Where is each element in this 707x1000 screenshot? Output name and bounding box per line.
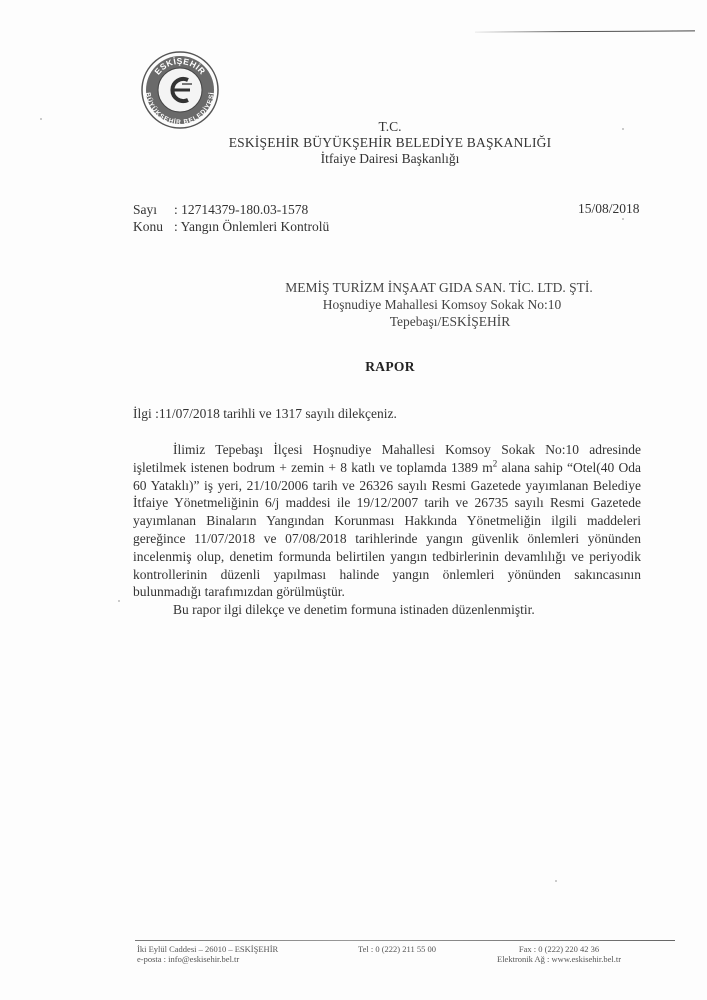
document-meta: Sayı : 12714379-180.03-1578 Konu : Yangı…: [133, 201, 329, 235]
municipality-seal-icon: ESKİŞEHİR BÜYÜKŞEHİR BELEDİYESİ: [140, 50, 220, 130]
recipient-company: MEMİŞ TURİZM İNŞAAT GIDA SAN. TİC. LTD. …: [200, 279, 600, 296]
recipient-address-line1: Hoşnudiye Mahallesi Komsoy Sokak No:10: [200, 296, 600, 313]
footer-fax: Fax : 0 (222) 220 42 36: [497, 944, 621, 954]
header-tc: T.C.: [220, 119, 560, 135]
footer-contact-block: Fax : 0 (222) 220 42 36 Elektronik Ağ : …: [497, 944, 621, 964]
recipient-block: MEMİŞ TURİZM İNŞAAT GIDA SAN. TİC. LTD. …: [200, 279, 600, 330]
top-scan-line: [475, 30, 695, 32]
sayi-value: : 12714379-180.03-1578: [174, 201, 308, 218]
scan-speck: [118, 600, 120, 602]
report-paragraph-1: İlimiz Tepebaşı İlçesi Hoşnudiye Mahalle…: [133, 441, 641, 601]
letterhead: T.C. ESKİŞEHİR BÜYÜKŞEHİR BELEDİYE BAŞKA…: [220, 119, 560, 167]
scan-speck: [555, 880, 557, 882]
footer-address: İki Eylül Caddesi – 26010 – ESKİŞEHİR: [137, 944, 278, 954]
report-body: İlimiz Tepebaşı İlçesi Hoşnudiye Mahalle…: [133, 441, 641, 619]
konu-label: Konu: [133, 218, 174, 235]
footer-divider: [135, 940, 675, 941]
scan-speck: [622, 218, 624, 220]
konu-value: : Yangın Önlemleri Kontrolü: [174, 218, 329, 235]
reference-line: İlgi :11/07/2018 tarihli ve 1317 sayılı …: [133, 406, 397, 422]
scan-speck: [40, 118, 42, 120]
header-institution: ESKİŞEHİR BÜYÜKŞEHİR BELEDİYE BAŞKANLIĞI: [220, 135, 560, 151]
header-department: İtfaiye Dairesi Başkanlığı: [220, 151, 560, 167]
footer-phone-block: Tel : 0 (222) 211 55 00: [358, 944, 436, 954]
scan-speck: [622, 128, 624, 130]
recipient-address-line2: Tepebaşı/ESKİŞEHİR: [200, 313, 600, 330]
footer-tel: Tel : 0 (222) 211 55 00: [358, 944, 436, 954]
sayi-label: Sayı: [133, 201, 174, 218]
footer-web: Elektronik Ağ : www.eskisehir.bel.tr: [497, 954, 621, 964]
report-paragraph-2: Bu rapor ilgi dilekçe ve denetim formuna…: [133, 601, 641, 619]
footer-email: e-posta : info@eskisehir.bel.tr: [137, 954, 278, 964]
report-title: RAPOR: [330, 359, 450, 375]
footer-address-block: İki Eylül Caddesi – 26010 – ESKİŞEHİR e-…: [137, 944, 278, 964]
document-date: 15/08/2018: [578, 201, 640, 217]
